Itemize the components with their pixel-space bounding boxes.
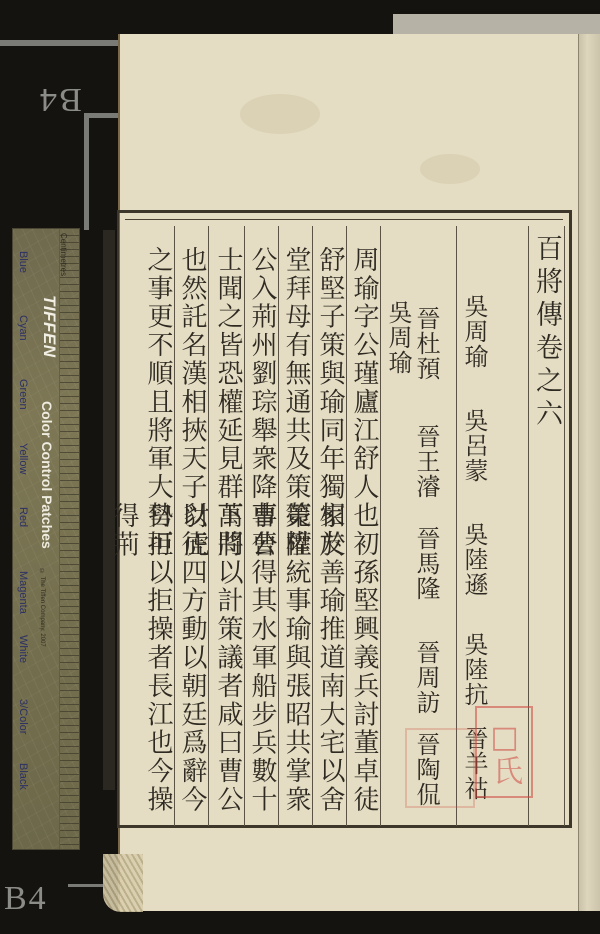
guide-line-bottom [68,884,104,887]
body-column-2: 舒堅子策與瑜同年獨相友善瑜推道南大宅以舍策陞 [313,226,347,826]
toc-entry-wu-lukang: 吳陸抗 [459,632,489,707]
back-page-edge [393,14,600,36]
body-text-line: 也然託名漢相挾天子以征四方動以朝廷爲辭今日拒 [175,234,209,826]
color-label-green: Green [17,379,29,443]
body-column-6: 也然託名漢相挾天子以征四方動以朝廷爲辭今日拒 [175,226,209,826]
tiffen-color-card: Blue Cyan Green Yellow Red Magenta White… [12,228,80,850]
body-column-4: 公入荊州劉琮舉衆降曹公得其水軍船步兵數十萬將 [245,226,279,826]
frayed-corner [103,854,143,912]
toc-entry-jin-wangjun: 晉王濬 [411,424,441,499]
body-text-line: 舒堅子策與瑜同年獨相友善瑜推道南大宅以舍策陞 [313,234,347,826]
color-label-yellow: Yellow [17,443,29,507]
title-column: 百將傳卷之六 [529,226,565,826]
faint-seal-impression [405,728,475,808]
centimetre-ruler [59,229,79,849]
body-column-5: 士聞之皆恐權延見群下問以計策議者咸曰曹公豺虎 [211,226,245,826]
body-text-line: 周瑜字公瑾廬江舒人也初孫堅興義兵討董卓徒家於 [347,234,381,826]
b4-label-bottom: B4 [4,880,48,918]
paper-stain [420,154,480,184]
card-copyright: © The Tiffen Company, 2007 [39,569,45,647]
toc-entry-jin-duyu: 晉杜預 [411,306,441,381]
color-label-black: Black [17,763,29,827]
body-text-line: 之事更不順且將軍大勢可以拒操者長江也今操得荊 [137,234,175,826]
color-label-cyan: Cyan [17,315,29,379]
b4-label-top: B4 [38,80,82,118]
body-text-line: 堂拜母有無通共及策薨權統事瑜與張昭共掌衆事曹 [279,234,313,826]
toc-entry-wu-luxun: 吳陸遜 [459,522,489,597]
body-column-7: 之事更不順且將軍大勢可以拒操者長江也今操得荊 [137,226,175,826]
section-heading: 吳周瑜 [383,300,413,375]
guide-line-mid-v [84,113,89,230]
tiffen-logo: TIFFEN [39,295,59,358]
color-label-red: Red [17,507,29,571]
color-label-blue: Blue [17,251,29,315]
color-label-3color: 3/Color [17,699,29,763]
toc-entry-wu-zhouyu: 吳周瑜 [459,294,489,369]
body-text-line: 公入荊州劉琮舉衆降曹公得其水軍船步兵數十萬將 [245,234,279,826]
body-column-1: 周瑜字公瑾廬江舒人也初孫堅興義兵討董卓徒家於 [347,226,381,826]
color-patch-labels: Blue Cyan Green Yellow Red Magenta White… [17,251,29,827]
ruler-label: Centimetres [59,233,68,276]
card-title: Color Control Patches [39,401,55,549]
toc-entry-jin-malong: 晉馬隆 [411,526,441,601]
page-stack-edge [578,34,600,911]
red-ownership-seal: □氏 [475,706,533,798]
toc-entry-wu-lvmeng: 吳呂蒙 [459,408,489,483]
color-label-magenta: Magenta [17,571,29,635]
body-column-3: 堂拜母有無通共及策薨權統事瑜與張昭共掌衆事曹 [279,226,313,826]
body-text-line: 士聞之皆恐權延見群下問以計策議者咸曰曹公豺虎 [211,234,245,826]
paper-stain [240,94,320,134]
volume-title: 百將傳卷之六 [529,234,563,432]
color-label-white: White [17,635,29,699]
toc-entry-jin-zhoufang: 晉周訪 [411,640,441,715]
